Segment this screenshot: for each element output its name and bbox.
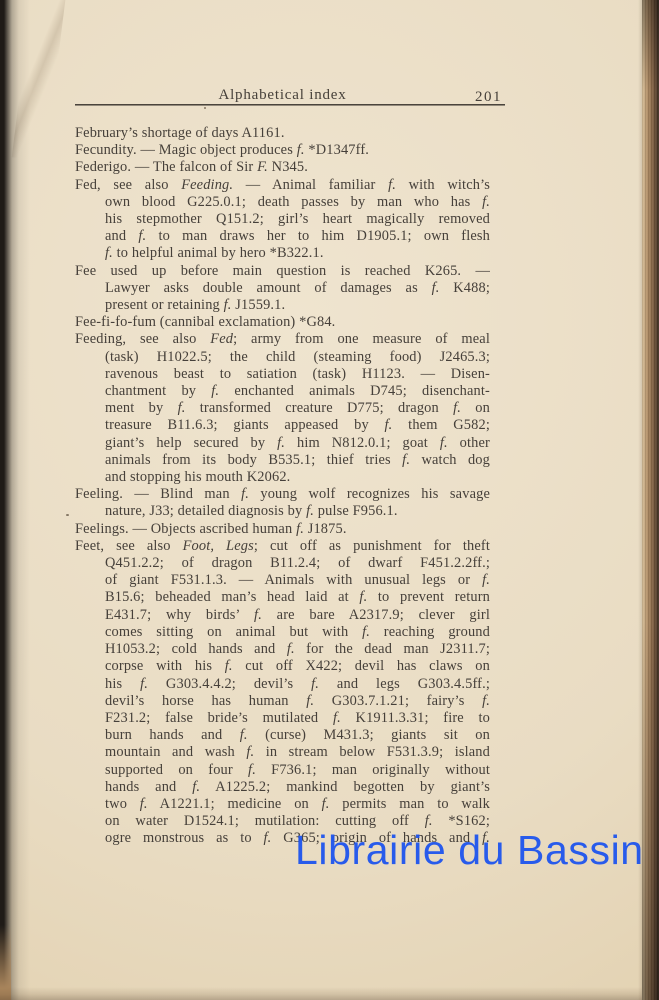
spine-shadow <box>0 0 30 1000</box>
index-line: F231.2; false bride’s mutilated f. K1911… <box>105 710 490 727</box>
index-line: and f. to man draws her to him D1905.1; … <box>105 228 490 245</box>
index-line: comes sitting on animal but with f. reac… <box>105 624 490 641</box>
index-line: Fed, see also Feeding. — Animal familiar… <box>75 177 490 194</box>
index-line: H1053.2; cold hands and f. for the dead … <box>105 641 490 658</box>
paper-speck <box>204 107 206 109</box>
index-line: Feelings. — Objects ascribed human f. J1… <box>75 521 490 538</box>
running-title: Alphabetical index <box>75 87 490 104</box>
index-line: Lawyer asks double amount of damages as … <box>105 280 490 297</box>
index-line: two f. A1221.1; medicine on f. permits m… <box>105 796 490 813</box>
index-line: present or retaining f. J1559.1. <box>105 297 490 314</box>
watermark-text: Librairie du Bassin <box>295 830 644 871</box>
index-line: his stepmother Q151.2; girl’s heart magi… <box>105 211 490 228</box>
index-line: his f. G303.4.4.2; devil’s f. and legs G… <box>105 676 490 693</box>
index-line: own blood G225.0.1; death passes by man … <box>105 194 490 211</box>
index-line: f. to helpful animal by hero *B322.1. <box>105 245 490 262</box>
index-line: nature, J33; detailed diagnosis by f. pu… <box>105 503 490 520</box>
index-line: of giant F531.1.3. — Animals with unusua… <box>105 572 490 589</box>
index-line: Fee-fi-fo-fum (cannibal exclamation) *G8… <box>75 314 490 331</box>
index-line: E431.7; why birds’ f. are bare A2317.9; … <box>105 607 490 624</box>
bottom-edge-shadow <box>0 987 642 1000</box>
index-line: and stopping his mouth K2062. <box>105 469 490 486</box>
index-line: Feeling. — Blind man f. young wolf recog… <box>75 486 490 503</box>
book-page-scan: Alphabetical index 201 February’s shorta… <box>0 0 659 1000</box>
index-line: B15.6; beheaded man’s head laid at f. to… <box>105 589 490 606</box>
index-line: ment by f. transformed creature D775; dr… <box>105 400 490 417</box>
index-line: Fee used up before main question is reac… <box>75 263 490 280</box>
index-line: Q451.2.2; of dragon B11.2.4; of dwarf F4… <box>105 555 490 572</box>
index-line: Feeding, see also Fed; army from one mea… <box>75 331 490 348</box>
index-line: hands and f. A1225.2; mankind begotten b… <box>105 779 490 796</box>
fore-edge-pages <box>642 0 659 1000</box>
index-line: burn hands and f. (curse) M431.3; giants… <box>105 727 490 744</box>
index-line: (task) H1022.5; the child (steaming food… <box>105 349 490 366</box>
index-line: giant’s help secured by f. him N812.0.1;… <box>105 435 490 452</box>
index-line: devil’s horse has human f. G303.7.1.21; … <box>105 693 490 710</box>
index-line: chantment by f. enchanted animals D745; … <box>105 383 490 400</box>
index-line: corpse with his f. cut off X422; devil h… <box>105 658 490 675</box>
index-line: animals from its body B535.1; thief trie… <box>105 452 490 469</box>
index-line: supported on four f. F736.1; man origina… <box>105 762 490 779</box>
index-line: Feet, see also Foot, Legs; cut off as pu… <box>75 538 490 555</box>
index-body: February’s shortage of days A1161.Fecund… <box>75 125 490 848</box>
paper-speck <box>66 514 69 516</box>
index-line: mountain and wash f. in stream below F53… <box>105 744 490 761</box>
index-line: Fecundity. — Magic object produces f. *D… <box>75 142 490 159</box>
index-line: ravenous beast to satiation (task) H1123… <box>105 366 490 383</box>
index-line: February’s shortage of days A1161. <box>75 125 490 142</box>
header-rule <box>75 104 505 106</box>
index-line: Federigo. — The falcon of Sir F. N345. <box>75 159 490 176</box>
index-line: treasure B11.6.3; giants appeased by f. … <box>105 417 490 434</box>
